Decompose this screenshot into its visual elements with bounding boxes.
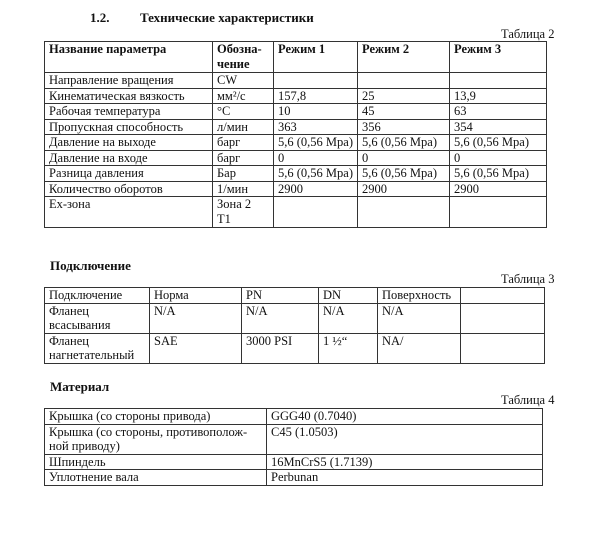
material-title: Материал (50, 379, 109, 395)
param-name: Направление вращения (45, 73, 213, 89)
section-number: 1.2. (90, 10, 110, 25)
section-heading: 1.2. Технические характеристики (90, 10, 314, 26)
mode-3-value: 5,6 (0,56 Mpa) (450, 166, 547, 182)
norm-value: N/A (150, 303, 242, 333)
param-unit: барг (213, 135, 274, 151)
part-name: Крышка (со стороны, противополож-ной при… (45, 424, 267, 454)
mode-2-value (358, 73, 450, 89)
table-row: Шпиндель 16MnCrS5 (1.7139) (45, 454, 543, 470)
extra-value (461, 303, 545, 333)
table-material: Крышка (со стороны привода) GGG40 (0.704… (44, 408, 543, 486)
table-row: Разница давления Бар 5,6 (0,56 Mpa) 5,6 … (45, 166, 547, 182)
mode-1-value: 0 (274, 150, 358, 166)
header-mode-1: Режим 1 (274, 42, 358, 73)
mode-2-value: 25 (358, 88, 450, 104)
mode-3-value: 0 (450, 150, 547, 166)
table-row: Кинематическая вязкость мм²/с 157,8 25 1… (45, 88, 547, 104)
param-unit: CW (213, 73, 274, 89)
param-name: Рабочая температура (45, 104, 213, 120)
param-name: Давление на входе (45, 150, 213, 166)
dn-value: 1 ½“ (319, 333, 378, 363)
mode-3-value (450, 197, 547, 228)
surface-value: NA/ (378, 333, 461, 363)
mode-3-value: 2900 (450, 181, 547, 197)
param-name: Пропускная способность (45, 119, 213, 135)
part-name: Крышка (со стороны привода) (45, 409, 267, 425)
connection-title: Подключение (50, 258, 131, 274)
mode-2-value: 356 (358, 119, 450, 135)
material-value: Perbunan (267, 470, 543, 486)
table-row: Направление вращения CW (45, 73, 547, 89)
mode-1-value: 363 (274, 119, 358, 135)
surface-value: N/A (378, 303, 461, 333)
param-name: Разница давления (45, 166, 213, 182)
header-dn: DN (319, 288, 378, 304)
table-header-row: Подключение Норма PN DN Поверхность (45, 288, 545, 304)
pn-value: N/A (242, 303, 319, 333)
table-row: Давление на входе барг 0 0 0 (45, 150, 547, 166)
param-unit: °C (213, 104, 274, 120)
mode-3-value: 354 (450, 119, 547, 135)
table-row: Ex-зона Зона 2T1 (45, 197, 547, 228)
table-row: Крышка (со стороны, противополож-ной при… (45, 424, 543, 454)
header-parameter-name: Название параметра (45, 42, 213, 73)
param-name: Кинематическая вязкость (45, 88, 213, 104)
table3-label: Таблица 3 (501, 272, 554, 287)
table-row: Крышка (со стороны привода) GGG40 (0.704… (45, 409, 543, 425)
connection-name: Фланецнагнетательный (45, 333, 150, 363)
part-name: Уплотнение вала (45, 470, 267, 486)
param-unit: л/мин (213, 119, 274, 135)
table4-label: Таблица 4 (501, 393, 554, 408)
table-row: Фланецнагнетательный SAE 3000 PSI 1 ½“ N… (45, 333, 545, 363)
header-surface: Поверхность (378, 288, 461, 304)
table-row: Рабочая температура °C 10 45 63 (45, 104, 547, 120)
table2-label: Таблица 2 (501, 27, 554, 42)
mode-3-value: 13,9 (450, 88, 547, 104)
mode-1-value (274, 197, 358, 228)
header-mode-3: Режим 3 (450, 42, 547, 73)
pn-value: 3000 PSI (242, 333, 319, 363)
mode-3-value (450, 73, 547, 89)
mode-1-value: 5,6 (0,56 Mpa) (274, 166, 358, 182)
param-name: Количество оборотов (45, 181, 213, 197)
param-unit: Бар (213, 166, 274, 182)
param-unit: мм²/с (213, 88, 274, 104)
part-name: Шпиндель (45, 454, 267, 470)
mode-1-value (274, 73, 358, 89)
mode-2-value (358, 197, 450, 228)
header-mode-2: Режим 2 (358, 42, 450, 73)
table-row: Фланецвсасывания N/A N/A N/A N/A (45, 303, 545, 333)
param-unit: 1/мин (213, 181, 274, 197)
param-name: Давление на выходе (45, 135, 213, 151)
mode-3-value: 63 (450, 104, 547, 120)
material-value: 16MnCrS5 (1.7139) (267, 454, 543, 470)
mode-1-value: 157,8 (274, 88, 358, 104)
extra-value (461, 333, 545, 363)
header-connection: Подключение (45, 288, 150, 304)
table-header-row: Название параметра Обозна-чение Режим 1 … (45, 42, 547, 73)
param-unit: Зона 2T1 (213, 197, 274, 228)
header-designation: Обозна-чение (213, 42, 274, 73)
mode-2-value: 5,6 (0,56 Mpa) (358, 166, 450, 182)
table-technical-characteristics: Название параметра Обозна-чение Режим 1 … (44, 41, 547, 228)
table-row: Пропускная способность л/мин 363 356 354 (45, 119, 547, 135)
param-unit: барг (213, 150, 274, 166)
table-row: Количество оборотов 1/мин 2900 2900 2900 (45, 181, 547, 197)
mode-1-value: 10 (274, 104, 358, 120)
material-value: GGG40 (0.7040) (267, 409, 543, 425)
dn-value: N/A (319, 303, 378, 333)
mode-2-value: 5,6 (0,56 Mpa) (358, 135, 450, 151)
mode-2-value: 2900 (358, 181, 450, 197)
header-pn: PN (242, 288, 319, 304)
table-connection: Подключение Норма PN DN Поверхность Флан… (44, 287, 545, 364)
material-value: C45 (1.0503) (267, 424, 543, 454)
connection-name: Фланецвсасывания (45, 303, 150, 333)
mode-1-value: 5,6 (0,56 Mpa) (274, 135, 358, 151)
header-norm: Норма (150, 288, 242, 304)
mode-1-value: 2900 (274, 181, 358, 197)
norm-value: SAE (150, 333, 242, 363)
mode-2-value: 0 (358, 150, 450, 166)
section-title: Технические характеристики (140, 10, 314, 25)
table-row: Давление на выходе барг 5,6 (0,56 Mpa) 5… (45, 135, 547, 151)
param-name: Ex-зона (45, 197, 213, 228)
mode-2-value: 45 (358, 104, 450, 120)
table-row: Уплотнение вала Perbunan (45, 470, 543, 486)
mode-3-value: 5,6 (0,56 Mpa) (450, 135, 547, 151)
header-empty (461, 288, 545, 304)
